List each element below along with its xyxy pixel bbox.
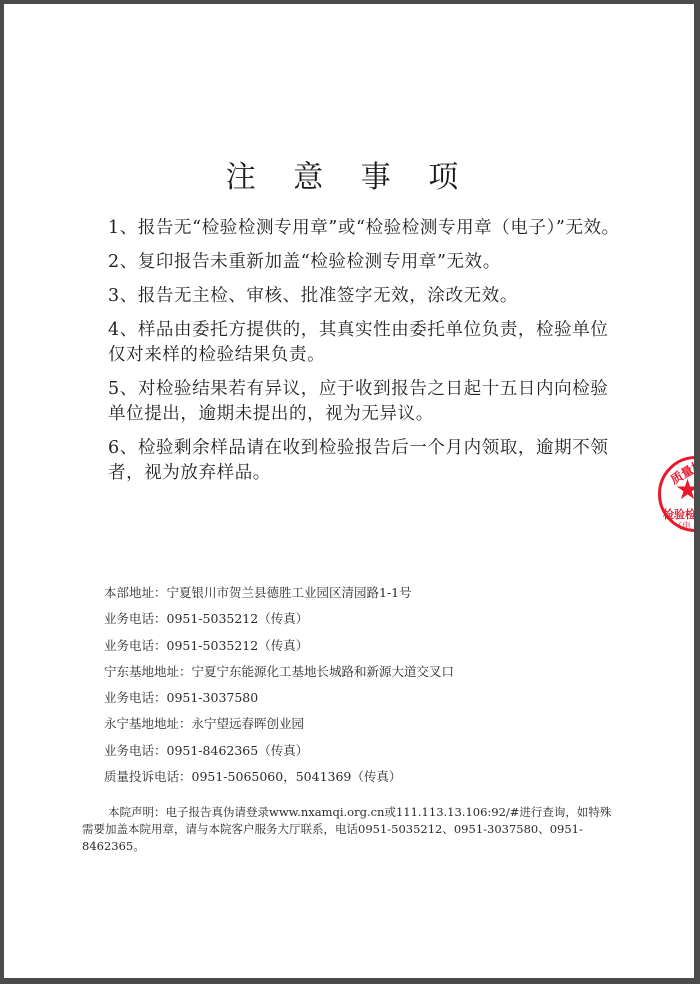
note-item: 1、报告无“检验检测专用章”或“检验检测专用章（电子）”无效。 — [108, 216, 626, 241]
note-item: 5、对检验结果若有异议，应于收到报告之日起十五日内向检验单位提出，逾期未提出的，… — [108, 377, 626, 427]
note-item: 6、检验剩余样品请在收到检验报告后一个月内领取，逾期不领者，视为放弃样品。 — [108, 436, 626, 486]
declaration-text: 本院声明：电子报告真伪请登录www.nxamqi.org.cn或111.113.… — [82, 805, 611, 853]
business-phone: 业务电话：0951-5035212（传真） — [104, 633, 454, 659]
seal-bottom-text: （电 — [673, 519, 691, 532]
business-phone: 业务电话：0951-5035212（传真） — [104, 606, 454, 632]
note-item: 2、复印报告未重新加盖“检验检测专用章”无效。 — [108, 250, 626, 275]
business-phone: 业务电话：0951-8462365（传真） — [104, 738, 454, 764]
headquarters-address: 本部地址：宁夏银川市贺兰县德胜工业园区清园路1-1号 — [104, 580, 454, 606]
note-item: 3、报告无主检、审核、批准签字无效，涂改无效。 — [108, 284, 626, 309]
yongning-base-address: 永宁基地地址：永宁望远春晖创业园 — [104, 711, 454, 737]
star-icon: ★ — [675, 475, 694, 505]
business-phone: 业务电话：0951-3037580 — [104, 685, 454, 711]
page-title: 注 意 事 项 — [4, 152, 694, 196]
complaint-phone: 质量投诉电话：0951-5065060，5041369（传真） — [104, 764, 454, 790]
note-item: 4、样品由委托方提供的，其真实性由委托单位负责，检验单位仅对来样的检验结果负责。 — [108, 318, 626, 368]
official-seal: 质量检 ★ 检验检测 （电 — [658, 456, 694, 532]
ningdong-base-address: 宁东基地地址：宁夏宁东能源化工基地长城路和新源大道交叉口 — [104, 659, 454, 685]
contact-info: 本部地址：宁夏银川市贺兰县德胜工业园区清园路1-1号 业务电话：0951-503… — [104, 580, 454, 790]
notes-list: 1、报告无“检验检测专用章”或“检验检测专用章（电子）”无效。 2、复印报告未重… — [108, 216, 626, 495]
declaration: 本院声明：电子报告真伪请登录www.nxamqi.org.cn或111.113.… — [82, 804, 622, 855]
document-page: 注 意 事 项 1、报告无“检验检测专用章”或“检验检测专用章（电子）”无效。 … — [4, 4, 694, 978]
